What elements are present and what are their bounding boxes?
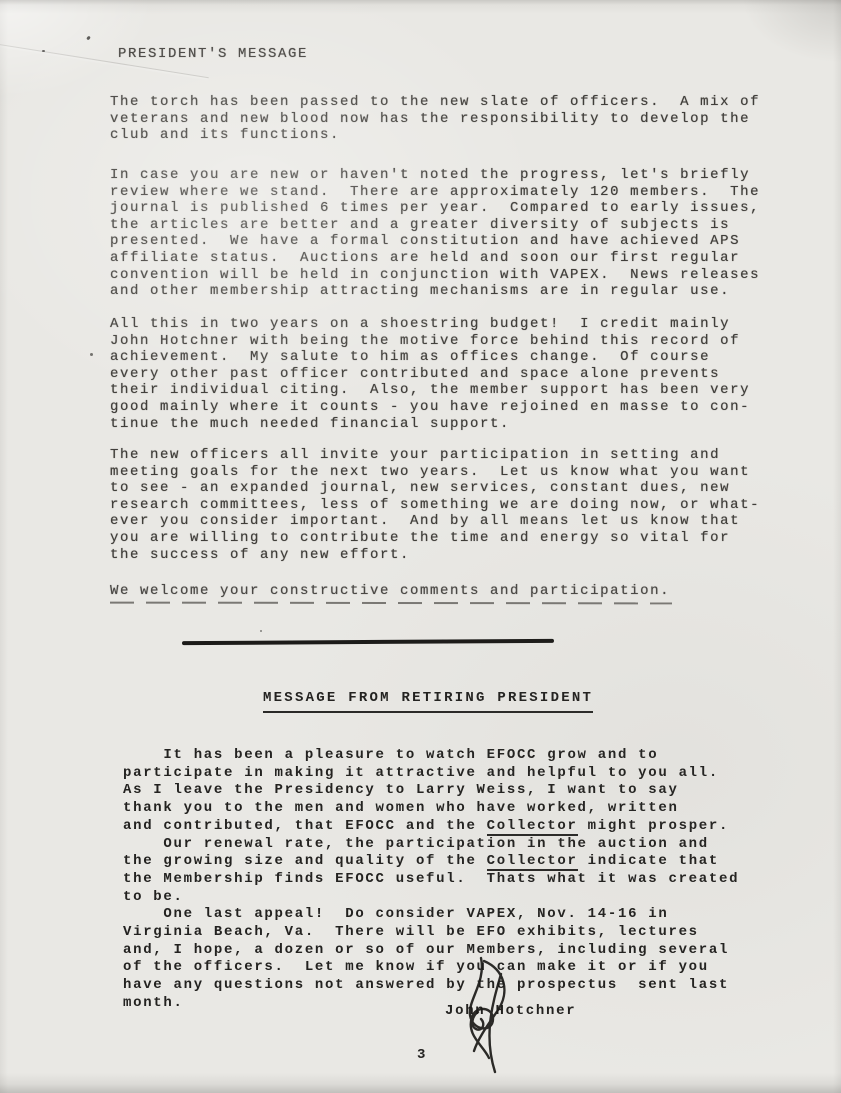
text-line: club and its functions. xyxy=(110,127,760,144)
retiring-president-title: MESSAGE FROM RETIRING PRESIDENT xyxy=(263,690,593,713)
text-line: the success of any new effort. xyxy=(110,547,760,564)
text-line: you are willing to contribute the time a… xyxy=(110,530,760,547)
text-line: John Hotchner with being the motive forc… xyxy=(110,333,750,350)
text-line: journal is published 6 times per year. C… xyxy=(110,200,760,217)
text-line: ever you consider important. And by all … xyxy=(110,513,760,530)
underlined-word: Collector xyxy=(487,818,578,836)
text-line: tinue the much needed financial support. xyxy=(110,416,750,433)
text-line: Virginia Beach, Va. There will be EFO ex… xyxy=(123,924,739,942)
text-line: good mainly where it counts - you have r… xyxy=(110,399,750,416)
typed-dashed-underline xyxy=(110,602,672,605)
presidents-message-signoff: We welcome your constructive comments an… xyxy=(110,583,670,600)
text-line: month. xyxy=(123,995,739,1013)
section-divider-rule xyxy=(182,639,554,645)
paper-speck xyxy=(260,630,262,632)
underlined-word: Collector xyxy=(487,853,578,871)
text-line: and contributed, that EFOCC and the Coll… xyxy=(123,818,739,836)
text-line: Our renewal rate, the participation in t… xyxy=(123,836,739,854)
text-line: presented. We have a formal constitution… xyxy=(110,233,760,250)
paper-speck xyxy=(90,353,93,356)
presidents-message-paragraph: The torch has been passed to the new sla… xyxy=(110,94,760,144)
text-line: to see - an expanded journal, new servic… xyxy=(110,480,760,497)
text-line: achievement. My salute to him as offices… xyxy=(110,349,750,366)
presidents-message-paragraph: In case you are new or haven't noted the… xyxy=(110,167,760,300)
text-line: the growing size and quality of the Coll… xyxy=(123,853,739,871)
scanned-newsletter-page: PRESIDENT'S MESSAGE The torch has been p… xyxy=(0,0,841,1093)
text-line: In case you are new or haven't noted the… xyxy=(110,167,760,184)
handwritten-signature-scrawl xyxy=(448,954,524,1080)
text-line: The new officers all invite your partici… xyxy=(110,447,760,464)
text-line: It has been a pleasure to watch EFOCC gr… xyxy=(123,747,739,765)
text-line: their individual citing. Also, the membe… xyxy=(110,382,750,399)
text-line: thank you to the men and women who have … xyxy=(123,800,739,818)
text-line: participate in making it attractive and … xyxy=(123,765,739,783)
text-line: All this in two years on a shoestring bu… xyxy=(110,316,750,333)
text-line: convention will be held in conjunction w… xyxy=(110,267,760,284)
text-line: As I leave the Presidency to Larry Weiss… xyxy=(123,782,739,800)
retiring-president-body: It has been a pleasure to watch EFOCC gr… xyxy=(123,747,739,1013)
paper-speck xyxy=(42,50,45,52)
text-line: veterans and new blood now has the respo… xyxy=(110,111,760,128)
text-line: and, I hope, a dozen or so of our Member… xyxy=(123,942,739,960)
paper-speck xyxy=(86,36,91,41)
text-line: The torch has been passed to the new sla… xyxy=(110,94,760,111)
presidents-message-title: PRESIDENT'S MESSAGE xyxy=(118,46,308,63)
page-number: 3 xyxy=(417,1047,427,1065)
text-line: to be. xyxy=(123,889,739,907)
text-line: of the officers. Let me know if you can … xyxy=(123,959,739,977)
text-line: have any questions not answered by the p… xyxy=(123,977,739,995)
text-line: and other membership attracting mechanis… xyxy=(110,283,760,300)
text-line: review where we stand. There are approxi… xyxy=(110,184,760,201)
presidents-message-paragraph: All this in two years on a shoestring bu… xyxy=(110,316,750,432)
text-line: research committees, less of something w… xyxy=(110,497,760,514)
text-line: every other past officer contributed and… xyxy=(110,366,750,383)
text-line: meeting goals for the next two years. Le… xyxy=(110,464,760,481)
text-line: affiliate status. Auctions are held and … xyxy=(110,250,760,267)
text-line: the Membership finds EFOCC useful. Thats… xyxy=(123,871,739,889)
text-line: the articles are better and a greater di… xyxy=(110,217,760,234)
text-line: One last appeal! Do consider VAPEX, Nov.… xyxy=(123,906,739,924)
presidents-message-paragraph: The new officers all invite your partici… xyxy=(110,447,760,563)
